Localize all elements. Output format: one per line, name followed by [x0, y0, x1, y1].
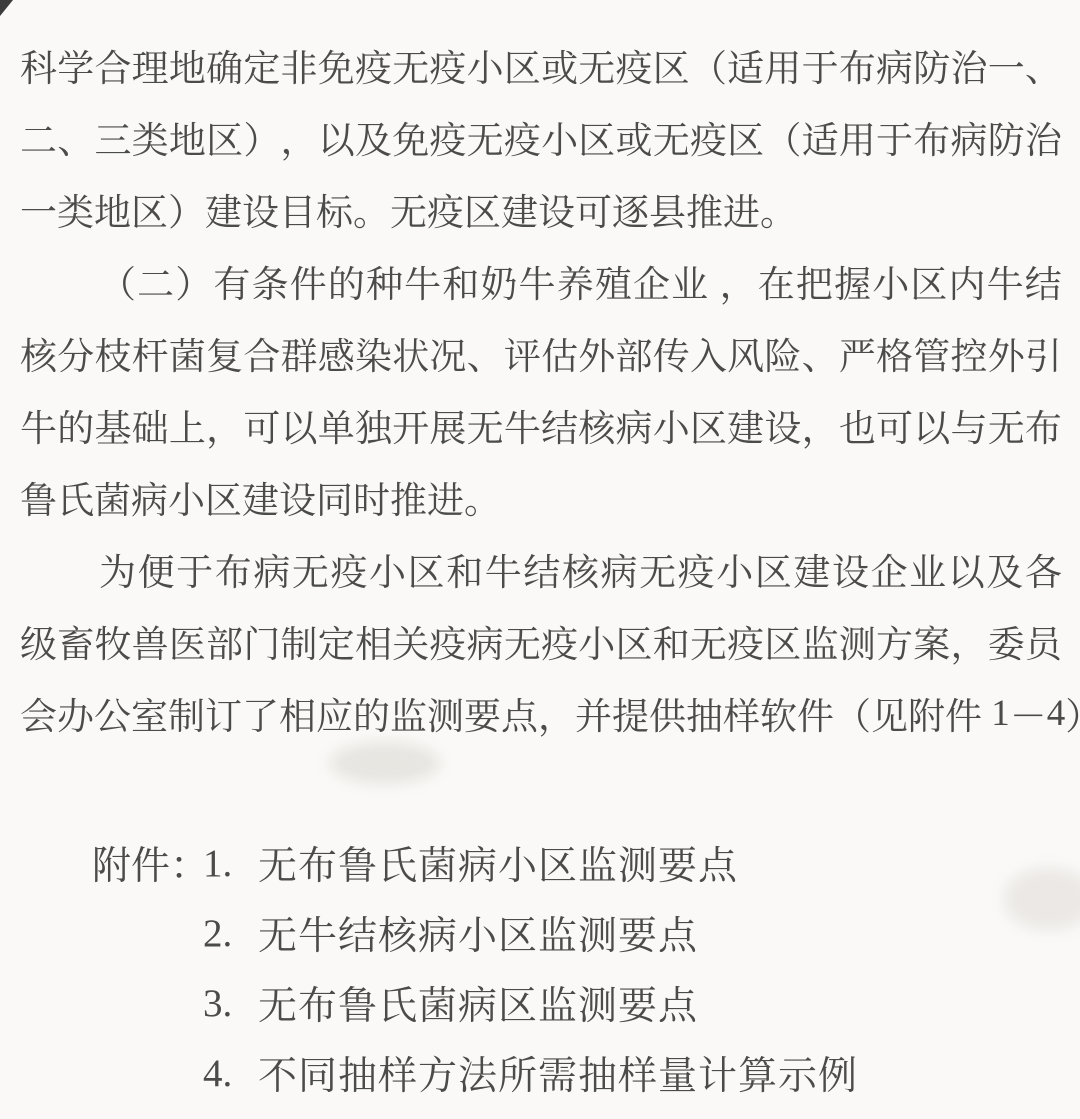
attachment-number: 1.: [203, 841, 258, 886]
body-line-6: 牛的基础上，可以单独开展无牛结核病小区建设，也可以与无布: [20, 389, 1062, 461]
body-line-1: 科学合理地确定非免疫无疫小区或无疫区（适用于布病防治一、: [20, 29, 1062, 101]
body-line-7: 鲁氏菌病小区建设同时推进。: [20, 461, 1062, 533]
attachment-title: 不同抽样方法所需抽样量计算示例: [258, 1045, 858, 1101]
attachment-number: 3.: [203, 981, 258, 1026]
body-line-2: 二、三类地区），以及免疫无疫小区或无疫区（适用于布病防治: [20, 101, 1062, 173]
scanned-document-page: 科学合理地确定非免疫无疫小区或无疫区（适用于布病防治一、 二、三类地区），以及免…: [0, 0, 1080, 1119]
body-line-4: （二）有条件的种牛和奶牛养殖企业 ，在把握小区内牛结: [20, 245, 1062, 317]
attachments-list: 附件： 1. 无布鲁氏菌病小区监测要点 2. 无牛结核病小区监测要点 3. 无布…: [20, 828, 1062, 1108]
document-body: 科学合理地确定非免疫无疫小区或无疫区（适用于布病防治一、 二、三类地区），以及免…: [20, 29, 1062, 1108]
attachment-item-1: 附件： 1. 无布鲁氏菌病小区监测要点: [20, 828, 1062, 898]
attachment-item-4: 4. 不同抽样方法所需抽样量计算示例: [20, 1038, 1062, 1108]
attachment-number: 4.: [203, 1051, 258, 1096]
body-line-10: 会办公室制订了相应的监测要点，并提供抽样软件（见附件 1－4）。: [20, 677, 1062, 749]
attachment-title: 无布鲁氏菌病区监测要点: [258, 975, 698, 1031]
body-line-9: 级畜牧兽医部门制定相关疫病无疫小区和无疫区监测方案，委员: [20, 605, 1062, 677]
scan-corner-artifact: [0, 0, 13, 16]
attachment-item-3: 3. 无布鲁氏菌病区监测要点: [20, 968, 1062, 1038]
attachment-title: 无布鲁氏菌病小区监测要点: [258, 835, 738, 891]
body-line-8: 为便于布病无疫小区和牛结核病无疫小区建设企业以及各: [20, 533, 1062, 605]
attachment-number: 2.: [203, 911, 258, 956]
body-line-5: 核分枝杆菌复合群感染状况、评估外部传入风险、严格管控外引: [20, 317, 1062, 389]
attachment-title: 无牛结核病小区监测要点: [258, 905, 698, 961]
attachments-label: 附件：: [92, 835, 203, 891]
attachment-item-2: 2. 无牛结核病小区监测要点: [20, 898, 1062, 968]
body-line-3: 一类地区）建设目标。无疫区建设可逐县推进。: [20, 173, 1062, 245]
